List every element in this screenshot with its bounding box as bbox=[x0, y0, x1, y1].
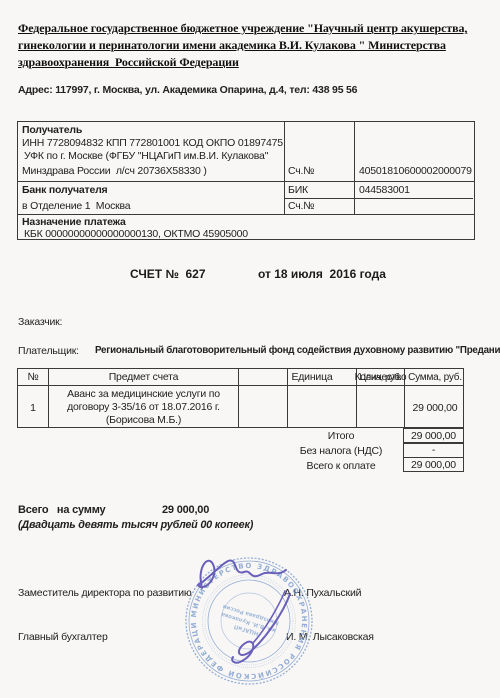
total-value-no-vat: - bbox=[403, 443, 464, 458]
org-address: Адрес: 117997, г. Москва, ул. Академика … bbox=[18, 84, 357, 96]
amount-in-words: (Двадцать девять тысяч рублей 00 копеек) bbox=[18, 519, 253, 531]
bank-table-hline-row2 bbox=[18, 214, 474, 215]
bank-value: в Отделение 1 Москва bbox=[22, 200, 130, 212]
bank-label: Банк получателя bbox=[22, 184, 107, 196]
payment-purpose-label: Назначение платежа bbox=[22, 216, 126, 228]
items-header-num: № bbox=[18, 369, 48, 385]
summary-total-value: 29 000,00 bbox=[162, 504, 209, 516]
items-table: № Предмет счета Единица Количество Сумма… bbox=[17, 368, 464, 428]
bank-table-vline-1 bbox=[284, 122, 285, 214]
items-header-price: Цена, руб. bbox=[357, 369, 404, 385]
total-value-itogo: 29 000,00 bbox=[403, 428, 464, 443]
recipient-inn-line: ИНН 7728094832 КПП 772801001 КОД ОКПО 01… bbox=[22, 137, 283, 149]
bik-label: БИК bbox=[288, 184, 308, 196]
item-row-unit bbox=[288, 386, 336, 429]
signature-ink-chief-accountant bbox=[232, 594, 290, 663]
account-number-label: Сч.№ bbox=[288, 165, 314, 177]
item-row-price bbox=[357, 386, 403, 429]
bank-table-hline-row1 bbox=[18, 181, 474, 182]
invoice-date: от 18 июля 2016 года bbox=[258, 267, 386, 281]
items-header-subject: Предмет счета bbox=[49, 369, 238, 385]
bank-details-table: Получатель ИНН 7728094832 КПП 772801001 … bbox=[17, 121, 475, 240]
signature-ink-chief-accountant-stroke2 bbox=[253, 591, 285, 643]
item-row-sum: 29 000,00 bbox=[405, 386, 465, 429]
item-row-num: 1 bbox=[18, 386, 48, 429]
customer-label: Заказчик: bbox=[18, 316, 62, 328]
items-col-line-2 bbox=[238, 369, 239, 427]
summary-total-label: Всего на сумму bbox=[18, 504, 105, 516]
bank-table-vline-2 bbox=[354, 122, 355, 214]
recipient-minzdrav-line: Минздрава России л/сч 20736Х58330 ) bbox=[22, 165, 207, 177]
payer-label: Плательщик: bbox=[18, 345, 79, 357]
bik-value: 044583001 bbox=[359, 184, 410, 196]
item-row-subject: Аванс за медицинские услуги по договору … bbox=[49, 386, 238, 429]
signature-ink-overlay bbox=[150, 540, 350, 698]
total-label-no-vat: Без налога (НДС) bbox=[283, 445, 399, 457]
bank-table-hline-bik bbox=[284, 198, 473, 199]
recipient-label: Получатель bbox=[22, 124, 82, 136]
items-header-unit: Единица bbox=[288, 369, 336, 385]
total-label-itogo: Итого bbox=[283, 430, 399, 442]
signature-role-chief-accountant: Главный бухгалтер bbox=[18, 631, 108, 643]
items-header-sum: Сумма, руб. bbox=[405, 369, 465, 385]
total-value-payable: 29 000,00 bbox=[403, 457, 464, 472]
account-number-value: 40501810600002000079 bbox=[359, 165, 472, 177]
total-label-payable: Всего к оплате bbox=[283, 460, 399, 472]
payment-purpose-value: КБК 00000000000000000130, ОКТМО 45905000 bbox=[24, 228, 248, 240]
org-header: Федеральное государственное бюджетное уч… bbox=[18, 20, 467, 71]
payer-value: Региональный благотоворительный фонд сод… bbox=[95, 345, 500, 356]
org-header-line-1: Федеральное государственное бюджетное уч… bbox=[18, 20, 467, 37]
corr-account-label: Сч.№ bbox=[288, 200, 314, 212]
recipient-ufk-line: УФК по г. Москве (ФГБУ "НЦАГиП им.В.И. К… bbox=[24, 150, 268, 162]
org-header-line-3: здравоохранения Российской Федерации bbox=[18, 54, 467, 71]
invoice-document: Федеральное государственное бюджетное уч… bbox=[0, 0, 500, 698]
signature-ink-deputy-director bbox=[198, 560, 286, 588]
org-header-line-2: гинекологии и перинатологии имени академ… bbox=[18, 37, 467, 54]
invoice-number: СЧЕТ № 627 bbox=[130, 267, 206, 281]
